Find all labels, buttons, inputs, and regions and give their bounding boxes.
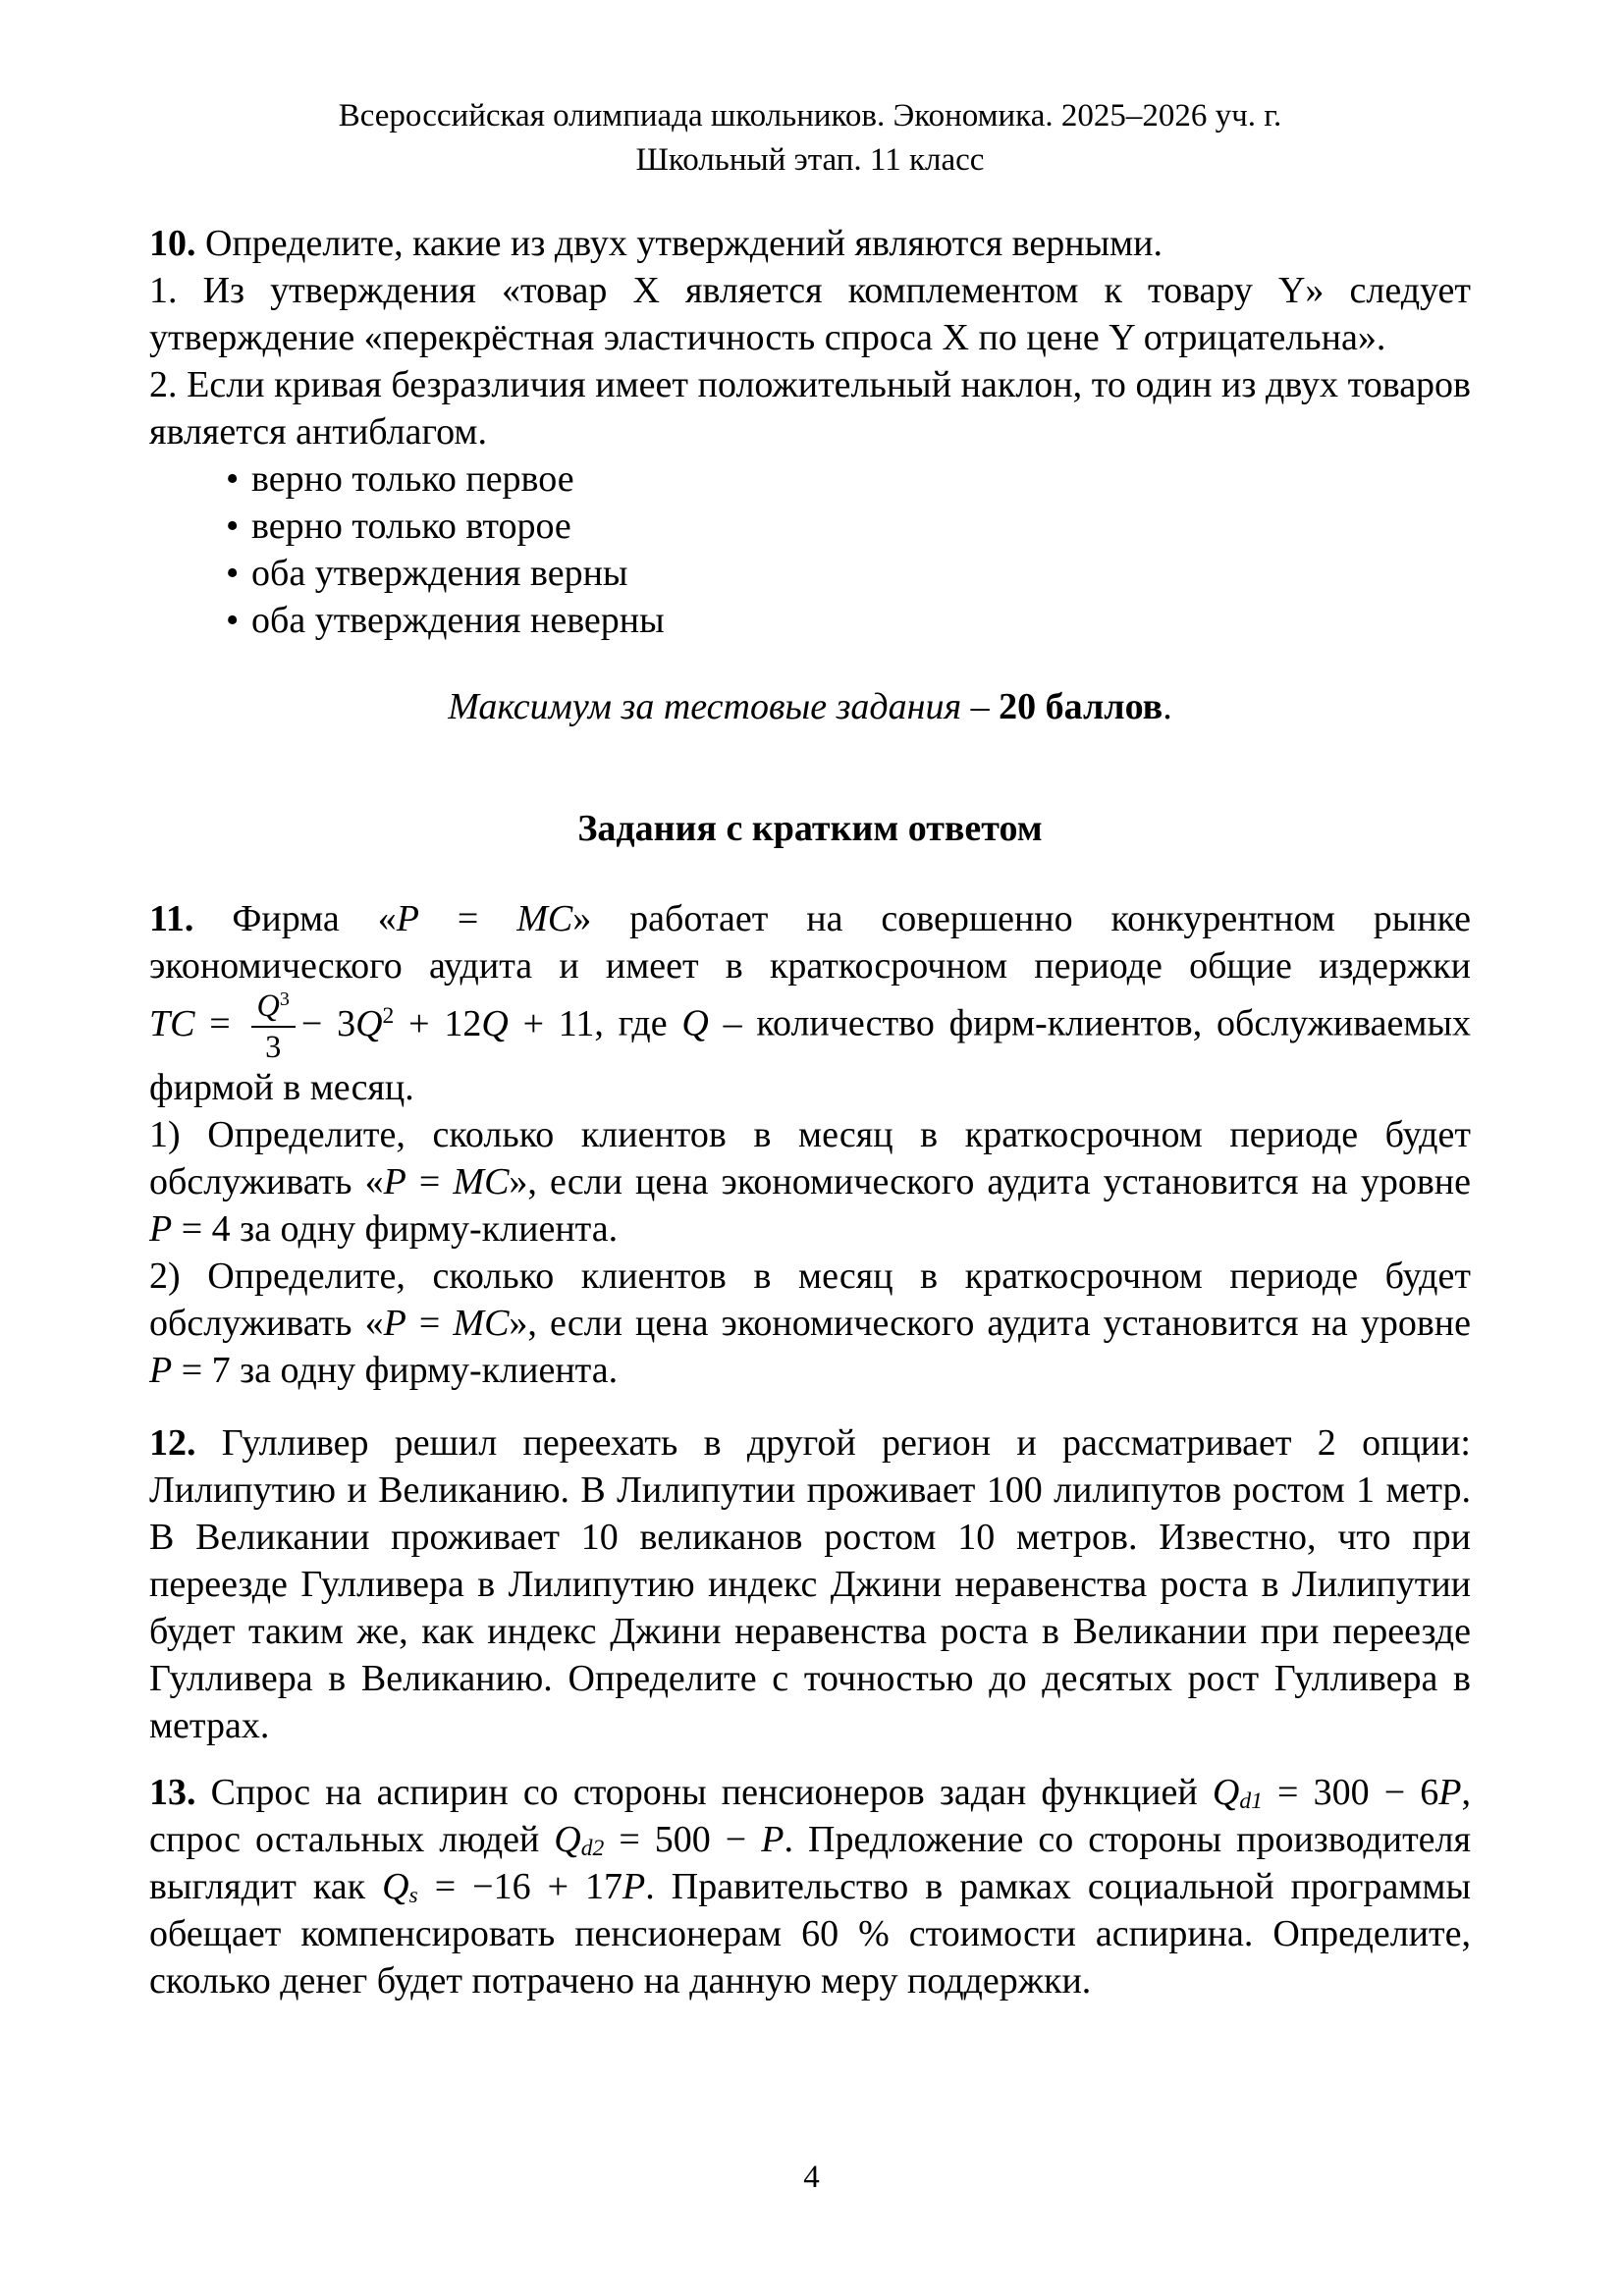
bullet-icon: • (226, 503, 251, 550)
question-11: 11. Фирма «P = MC» работает на совершенн… (149, 895, 1471, 1394)
bullet-icon: • (226, 455, 251, 503)
pensioner-demand-formula: Qd1 = 300 − 6P (1213, 1772, 1462, 1813)
question-11-item-2: 2) Определите, сколько клиентов в месяц … (149, 1253, 1471, 1394)
max-note-bold-text: 20 баллов (999, 686, 1163, 727)
question-12-text: 12. Гулливер решил переехать в другой ре… (149, 1419, 1471, 1749)
price-formula: P = 7 (149, 1350, 231, 1391)
p-equals-mc-formula: P = MC (397, 898, 573, 939)
header-line-1: Всероссийская олимпиада школьников. Экон… (149, 94, 1471, 138)
option-item-3: •оба утверждения верны (226, 550, 1471, 597)
total-cost-formula: TC = Q33− 3Q2 + 12Q + 11 (149, 1003, 594, 1044)
document-page: Всероссийская олимпиада школьников. Экон… (0, 0, 1623, 2296)
question-10-statement-2: 2. Если кривая безразличия имеет положит… (149, 361, 1471, 455)
question-11-text-1: Фирма « (193, 898, 396, 939)
question-11-item-1: 1) Определите, сколько клиентов в месяц … (149, 1111, 1471, 1253)
option-4-label: оба утверждения неверны (251, 600, 665, 641)
section-title: Задания с кратким ответом (149, 805, 1471, 852)
question-10-options: •верно только первое •верно только второ… (149, 455, 1471, 644)
option-1-label: верно только первое (251, 458, 574, 500)
p-equals-mc-formula: P = MC (384, 1303, 510, 1344)
fraction: Q33 (251, 989, 296, 1064)
question-13-text-1: Спрос на аспирин со стороны пенсионеров … (196, 1772, 1213, 1813)
question-11-text-3: , где (594, 1003, 681, 1044)
option-2-label: верно только второе (251, 506, 571, 547)
option-item-1: •верно только первое (226, 455, 1471, 503)
document-header: Всероссийская олимпиада школьников. Экон… (149, 94, 1471, 183)
price-formula: P = 4 (149, 1208, 231, 1250)
option-item-2: •верно только второе (226, 503, 1471, 550)
page-number: 4 (0, 2156, 1623, 2200)
supply-formula: Qs = −16 + 17P (382, 1866, 645, 1907)
header-line-2: Школьный этап. 11 класс (149, 138, 1471, 183)
question-13-text: 13. Спрос на аспирин со стороны пенсионе… (149, 1769, 1471, 2004)
question-13: 13. Спрос на аспирин со стороны пенсионе… (149, 1769, 1471, 2004)
question-12-body: Гулливер решил переехать в другой регион… (149, 1422, 1471, 1746)
option-3-label: оба утверждения верны (251, 553, 627, 594)
q-variable: Q (681, 1003, 708, 1044)
p-equals-mc-formula: P = MC (384, 1161, 510, 1202)
bullet-icon: • (226, 550, 251, 597)
question-10: 10. Определите, какие из двух утверждени… (149, 220, 1471, 644)
question-11-intro: 11. Фирма «P = MC» работает на совершенн… (149, 895, 1471, 1111)
bullet-icon: • (226, 597, 251, 644)
question-10-intro-text: Определите, какие из двух утверждений яв… (196, 223, 1163, 264)
test-max-note: Максимум за тестовые задания – 20 баллов… (149, 683, 1471, 730)
question-12-number: 12. (149, 1422, 196, 1464)
max-note-italic-text: Максимум за тестовые задания – (448, 686, 999, 727)
question-11-number: 11. (149, 898, 193, 939)
other-demand-formula: Qd2 = 500 − P (554, 1819, 784, 1860)
question-13-number: 13. (149, 1772, 196, 1813)
question-10-intro: 10. Определите, какие из двух утверждени… (149, 220, 1471, 267)
question-12: 12. Гулливер решил переехать в другой ре… (149, 1419, 1471, 1749)
max-note-period: . (1163, 686, 1172, 727)
option-item-4: •оба утверждения неверны (226, 597, 1471, 644)
question-10-number: 10. (149, 223, 196, 264)
question-10-statement-1: 1. Из утверждения «товар X является комп… (149, 267, 1471, 361)
